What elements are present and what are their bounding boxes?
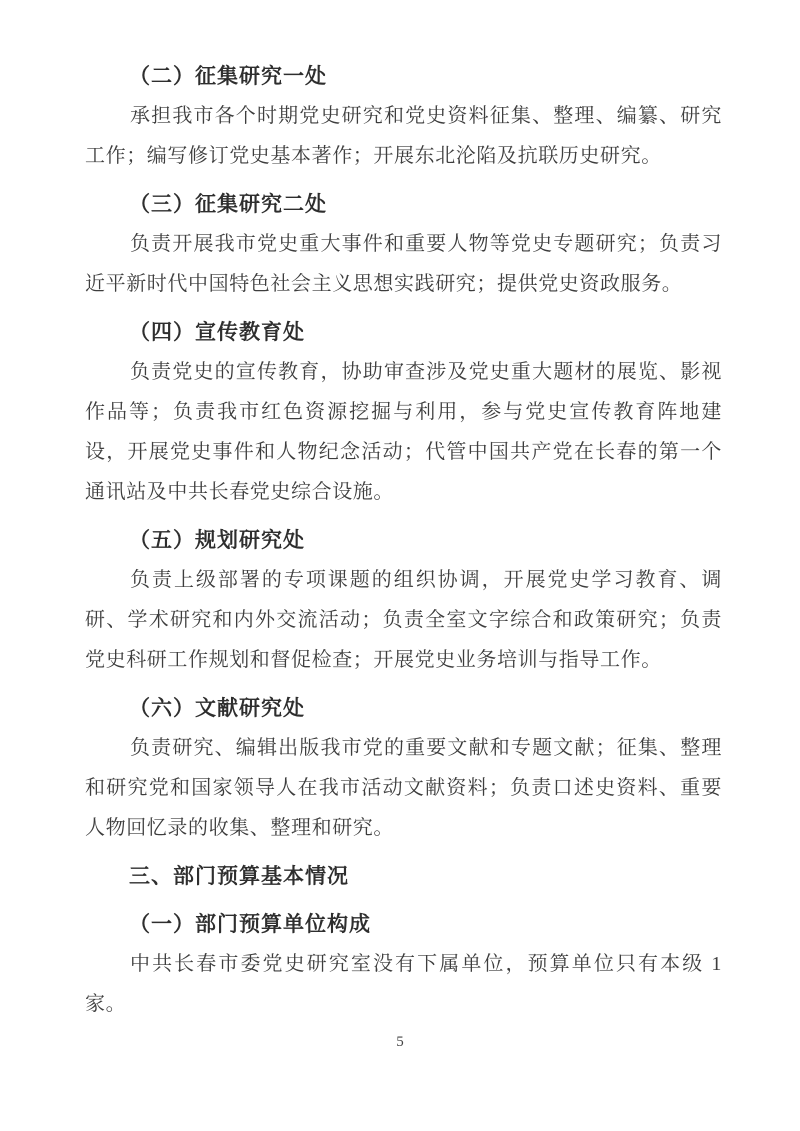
document-page: （二）征集研究一处 承担我市各个时期党史研究和党史资料征集、整理、编纂、研究工作… [0, 0, 800, 1131]
paragraph-planning-research-office: 负责上级部署的专项课题的组织协调，开展党史学习教育、调研、学术研究和内外交流活动… [85, 560, 722, 680]
heading-collection-research-office-2: （三）征集研究二处 [85, 184, 722, 224]
paragraph-budget-unit-composition: 中共长春市委党史研究室没有下属单位，预算单位只有本级 1 家。 [85, 944, 722, 1024]
paragraph-publicity-education-office: 负责党史的宣传教育，协助审查涉及党史重大题材的展览、影视作品等；负责我市红色资源… [85, 352, 722, 512]
heading-publicity-education-office: （四）宣传教育处 [85, 312, 722, 352]
paragraph-collection-research-office-2: 负责开展我市党史重大事件和重要人物等党史专题研究；负责习近平新时代中国特色社会主… [85, 224, 722, 304]
heading-collection-research-office-1: （二）征集研究一处 [85, 56, 722, 96]
heading-budget-basic-situation: 三、部门预算基本情况 [85, 856, 722, 896]
heading-literature-research-office: （六）文献研究处 [85, 688, 722, 728]
page-number: 5 [0, 1032, 800, 1052]
heading-planning-research-office: （五）规划研究处 [85, 520, 722, 560]
paragraph-collection-research-office-1: 承担我市各个时期党史研究和党史资料征集、整理、编纂、研究工作；编写修订党史基本著… [85, 96, 722, 176]
heading-budget-unit-composition: （一）部门预算单位构成 [85, 904, 722, 944]
paragraph-literature-research-office: 负责研究、编辑出版我市党的重要文献和专题文献；征集、整理和研究党和国家领导人在我… [85, 728, 722, 848]
